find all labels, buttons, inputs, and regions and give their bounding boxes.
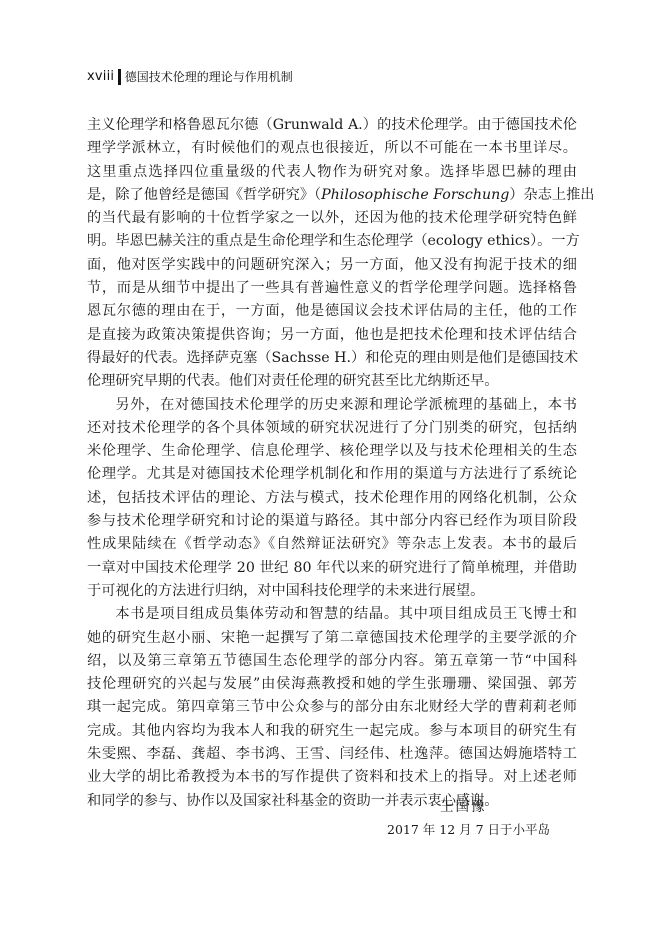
text-segment: 是，除了他曾经是德国《哲学研究》（ (87, 187, 321, 203)
text-segment: ）杂志上推出 (509, 187, 594, 203)
text-line: 的当代最有影响的十位哲学家之一以外，还因为他的技术伦理学研究特色鲜 (87, 207, 577, 230)
paragraph-1: 主义伦理学和格鲁恩瓦尔德（Grunwald A.）的技术伦理学。由于德国技术伦 … (87, 114, 577, 394)
signature-date-place: 2017 年 12 月 7 日于小平岛 (387, 820, 550, 838)
text-line: 得最好的代表。选择萨克塞（Sachsse H.）和伦克的理由则是他们是德国技术 (87, 347, 577, 370)
text-line: 还对技术伦理学的各个具体领域的研究状况进行了分门别类的研究，包括纳 (87, 417, 577, 440)
text-line: 这里重点选择四位重量级的代表人物作为研究对象。选择毕恩巴赫的理由 (87, 161, 577, 184)
text-line: 节，而是从细节中提出了一些具有普遍性意义的哲学伦理学问题。选择格鲁 (87, 277, 577, 300)
text-line: 是直接为政策决策提供咨询；另一方面，他也是把技术伦理和技术评估结合 (87, 324, 577, 347)
text-line: 参与技术伦理学研究和讨论的渠道与路径。其中部分内容已经作为项目阶段 (87, 510, 577, 533)
text-line: 性成果陆续在《哲学动态》《自然辩证法研究》等杂志上发表。本书的最后 (87, 533, 577, 556)
text-line: 述，包括技术评估的理论、方法与模式，技术伦理作用的网络化机制，公众 (87, 487, 577, 510)
text-line: 伦理学。尤其是对德国技术伦理学机制化和作用的渠道与方法进行了系统论 (87, 463, 577, 486)
text-line: 琪一起完成。第四章第三节中公众参与的部分由东北财经大学的曹莉莉老师 (87, 696, 577, 719)
text-line: 恩瓦尔德的理由在于，一方面，他是德国议会技术评估局的主任，他的工作 (87, 300, 577, 323)
page-number: xviii (87, 69, 114, 84)
text-line: 理学学派林立，有时候他们的观点也很接近，所以不可能在一本书里详尽。 (87, 137, 577, 160)
text-line: 她的研究生赵小丽、宋艳一起撰写了第二章德国技术伦理学的主要学派的介 (87, 627, 577, 650)
signature-author: 王国豫 (440, 795, 487, 815)
text-line-with-italic: 是，除了他曾经是德国《哲学研究》（Philosophische Forschun… (87, 184, 577, 207)
text-line: 技伦理研究的兴起与发展”由侯海燕教授和她的学生张珊珊、梁国强、郭芳 (87, 673, 577, 696)
italic-journal-title: Philosophische Forschung (321, 187, 509, 203)
text-line: 米伦理学、生命伦理学、信息伦理学、核伦理学以及与技术伦理相关的生态 (87, 440, 577, 463)
text-line: 另外，在对德国技术伦理学的历史来源和理论学派梳理的基础上，本书 (87, 394, 577, 417)
header-divider (118, 69, 121, 85)
text-line: 完成。其他内容均为我本人和我的研究生一起完成。参与本项目的研究生有 (87, 720, 577, 743)
text-line: 业大学的胡比希教授为本书的写作提供了资料和技术上的指导。对上述老师 (87, 766, 577, 789)
paragraph-2: 另外，在对德国技术伦理学的历史来源和理论学派梳理的基础上，本书 还对技术伦理学的… (87, 394, 577, 604)
text-line: 一章对中国技术伦理学 20 世纪 80 年代以来的研究进行了简单梳理，并借助 (87, 557, 577, 580)
running-header: xviii 德国技术伦理的理论与作用机制 (87, 68, 293, 85)
text-line: 伦理研究早期的代表。他们对责任伦理的研究甚至比尤纳斯还早。 (87, 370, 577, 393)
book-title: 德国技术伦理的理论与作用机制 (125, 68, 293, 85)
text-line: 本书是项目组成员集体劳动和智慧的结晶。其中项目组成员王飞博士和 (87, 603, 577, 626)
text-line: 面，他对医学实践中的问题研究深入；另一方面，他又没有拘泥于技术的细 (87, 254, 577, 277)
text-line: 明。毕恩巴赫关注的重点是生命伦理学和生态伦理学（ecology ethics）。… (87, 230, 577, 253)
text-line: 主义伦理学和格鲁恩瓦尔德（Grunwald A.）的技术伦理学。由于德国技术伦 (87, 114, 577, 137)
text-line: 绍，以及第三章第五节德国生态伦理学的部分内容。第五章第一节“中国科 (87, 650, 577, 673)
text-line: 于可视化的方法进行归纳，对中国科技伦理学的未来进行展望。 (87, 580, 577, 603)
paragraph-3: 本书是项目组成员集体劳动和智慧的结晶。其中项目组成员王飞博士和 她的研究生赵小丽… (87, 603, 577, 813)
text-line: 朱雯熙、李磊、龚超、李书鸿、王雪、闫经伟、杜逸萍。德国达姆施塔特工 (87, 743, 577, 766)
body-text: 主义伦理学和格鲁恩瓦尔德（Grunwald A.）的技术伦理学。由于德国技术伦 … (87, 114, 577, 813)
text-line: 和同学的参与、协作以及国家社科基金的资助一并表示衷心感谢。 (87, 790, 577, 813)
